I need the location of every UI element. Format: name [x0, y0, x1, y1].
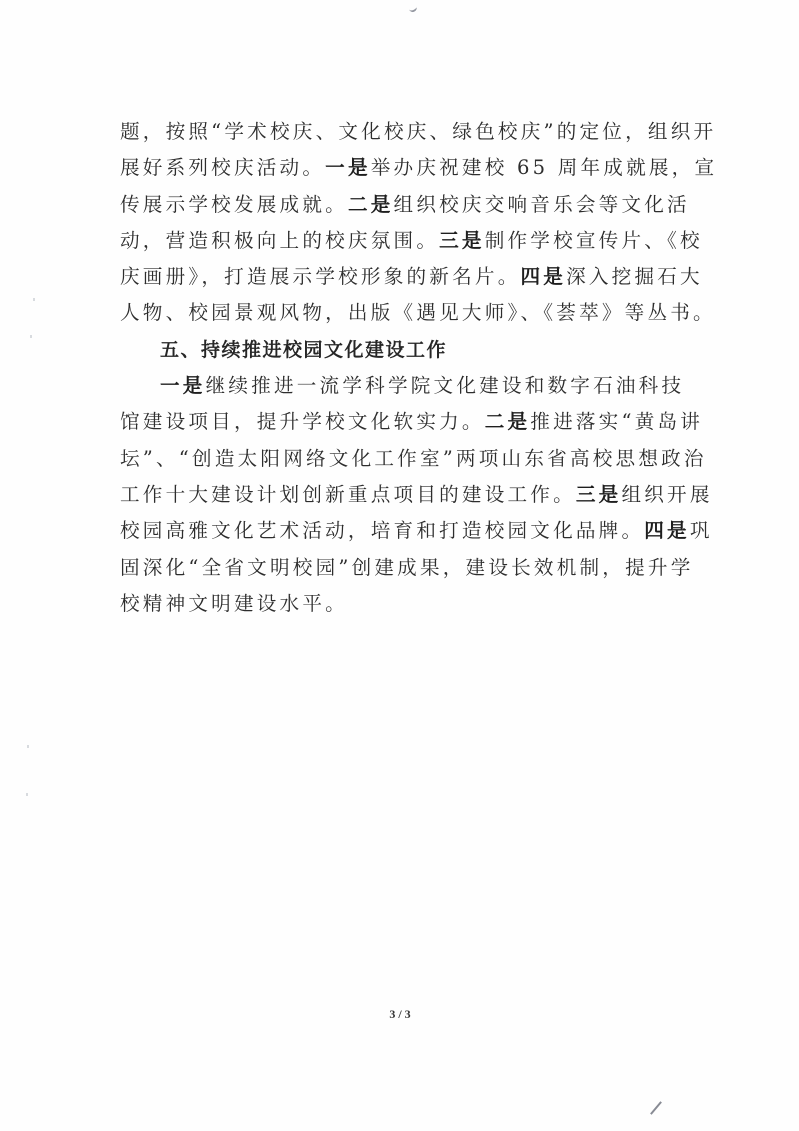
text-run: 深入挖掘石大	[566, 265, 703, 288]
text-run: 动，营造积极向上的校庆氛围。	[120, 229, 439, 252]
bold-run: 二是	[348, 193, 394, 216]
paragraph-line: 校精神文明建设水平。	[120, 586, 656, 622]
scan-speck	[33, 298, 35, 301]
text-run: 题，按照“学术校庆、文化校庆、绿色校庆”的定位，组织开	[120, 120, 716, 143]
bold-run: 三是	[439, 229, 485, 252]
text-run: 举办庆祝建校 65 周年成就展，宣	[371, 156, 718, 179]
paragraph-line: 坛”、“创造太阳网络文化工作室”两项山东省高校思想政治	[120, 441, 656, 477]
text-run: 校精神文明建设水平。	[120, 592, 348, 615]
bold-run: 四是	[521, 265, 567, 288]
text-run: 馆建设项目，提升学校文化软实力。	[120, 410, 485, 433]
text-run: 巩	[690, 519, 713, 542]
paragraph-line: 动，营造积极向上的校庆氛围。三是制作学校宣传片、《校	[120, 223, 656, 259]
paragraph-line: 展好系列校庆活动。一是举办庆祝建校 65 周年成就展，宣	[120, 150, 656, 186]
scanned-page: 题，按照“学术校庆、文化校庆、绿色校庆”的定位，组织开 展好系列校庆活动。一是举…	[0, 0, 799, 1131]
scan-mark-top	[408, 5, 418, 13]
paragraph-line: 人物、校园景观风物，出版《遇见大师》、《荟萃》等丛书。	[120, 295, 656, 331]
paragraph-line: 工作十大建设计划创新重点项目的建设工作。三是组织开展	[120, 477, 656, 513]
text-run: 校园高雅文化艺术活动，培育和打造校园文化品牌。	[120, 519, 644, 542]
bold-run: 一是	[160, 374, 206, 397]
section-heading: 五、持续推进校园文化建设工作	[120, 332, 656, 368]
text-run: 展好系列校庆活动。	[120, 156, 325, 179]
page-number: 3 / 3	[370, 1007, 430, 1022]
text-run: 固深化“全省文明校园”创建成果，建设长效机制，提升学	[120, 556, 693, 579]
scan-speck	[27, 745, 29, 748]
scan-mark-bottom	[650, 1101, 662, 1115]
text-run: 庆画册》，打造展示学校形象的新名片。	[120, 265, 521, 288]
paragraph-line: 一是继续推进一流学科学院文化建设和数字石油科技	[120, 368, 656, 404]
text-run: 坛”、“创造太阳网络文化工作室”两项山东省高校思想政治	[120, 447, 707, 470]
text-run: 传展示学校发展成就。	[120, 193, 348, 216]
bold-run: 四是	[644, 519, 690, 542]
paragraph-line: 传展示学校发展成就。二是组织校庆交响音乐会等文化活	[120, 187, 656, 223]
paragraph-line: 题，按照“学术校庆、文化校庆、绿色校庆”的定位，组织开	[120, 114, 656, 150]
bold-run: 三是	[576, 483, 622, 506]
paragraph-line: 庆画册》，打造展示学校形象的新名片。四是深入挖掘石大	[120, 259, 656, 295]
bold-run: 一是	[325, 156, 371, 179]
scan-speck	[30, 335, 32, 338]
paragraph-line: 固深化“全省文明校园”创建成果，建设长效机制，提升学	[120, 550, 656, 586]
scan-speck	[26, 793, 28, 796]
text-run: 组织开展	[621, 483, 712, 506]
text-run: 组织校庆交响音乐会等文化活	[394, 193, 690, 216]
text-run: 工作十大建设计划创新重点项目的建设工作。	[120, 483, 576, 506]
paragraph-line: 校园高雅文化艺术活动，培育和打造校园文化品牌。四是巩	[120, 513, 656, 549]
document-body: 题，按照“学术校庆、文化校庆、绿色校庆”的定位，组织开 展好系列校庆活动。一是举…	[120, 114, 660, 622]
bold-run: 二是	[485, 410, 531, 433]
paragraph-line: 馆建设项目，提升学校文化软实力。二是推进落实“黄岛讲	[120, 404, 656, 440]
text-run: 人物、校园景观风物，出版《遇见大师》、《荟萃》等丛书。	[120, 301, 716, 324]
text-run: 继续推进一流学科学院文化建设和数字石油科技	[206, 374, 685, 397]
text-run: 推进落实“黄岛讲	[530, 410, 703, 433]
text-run: 制作学校宣传片、《校	[485, 229, 703, 252]
